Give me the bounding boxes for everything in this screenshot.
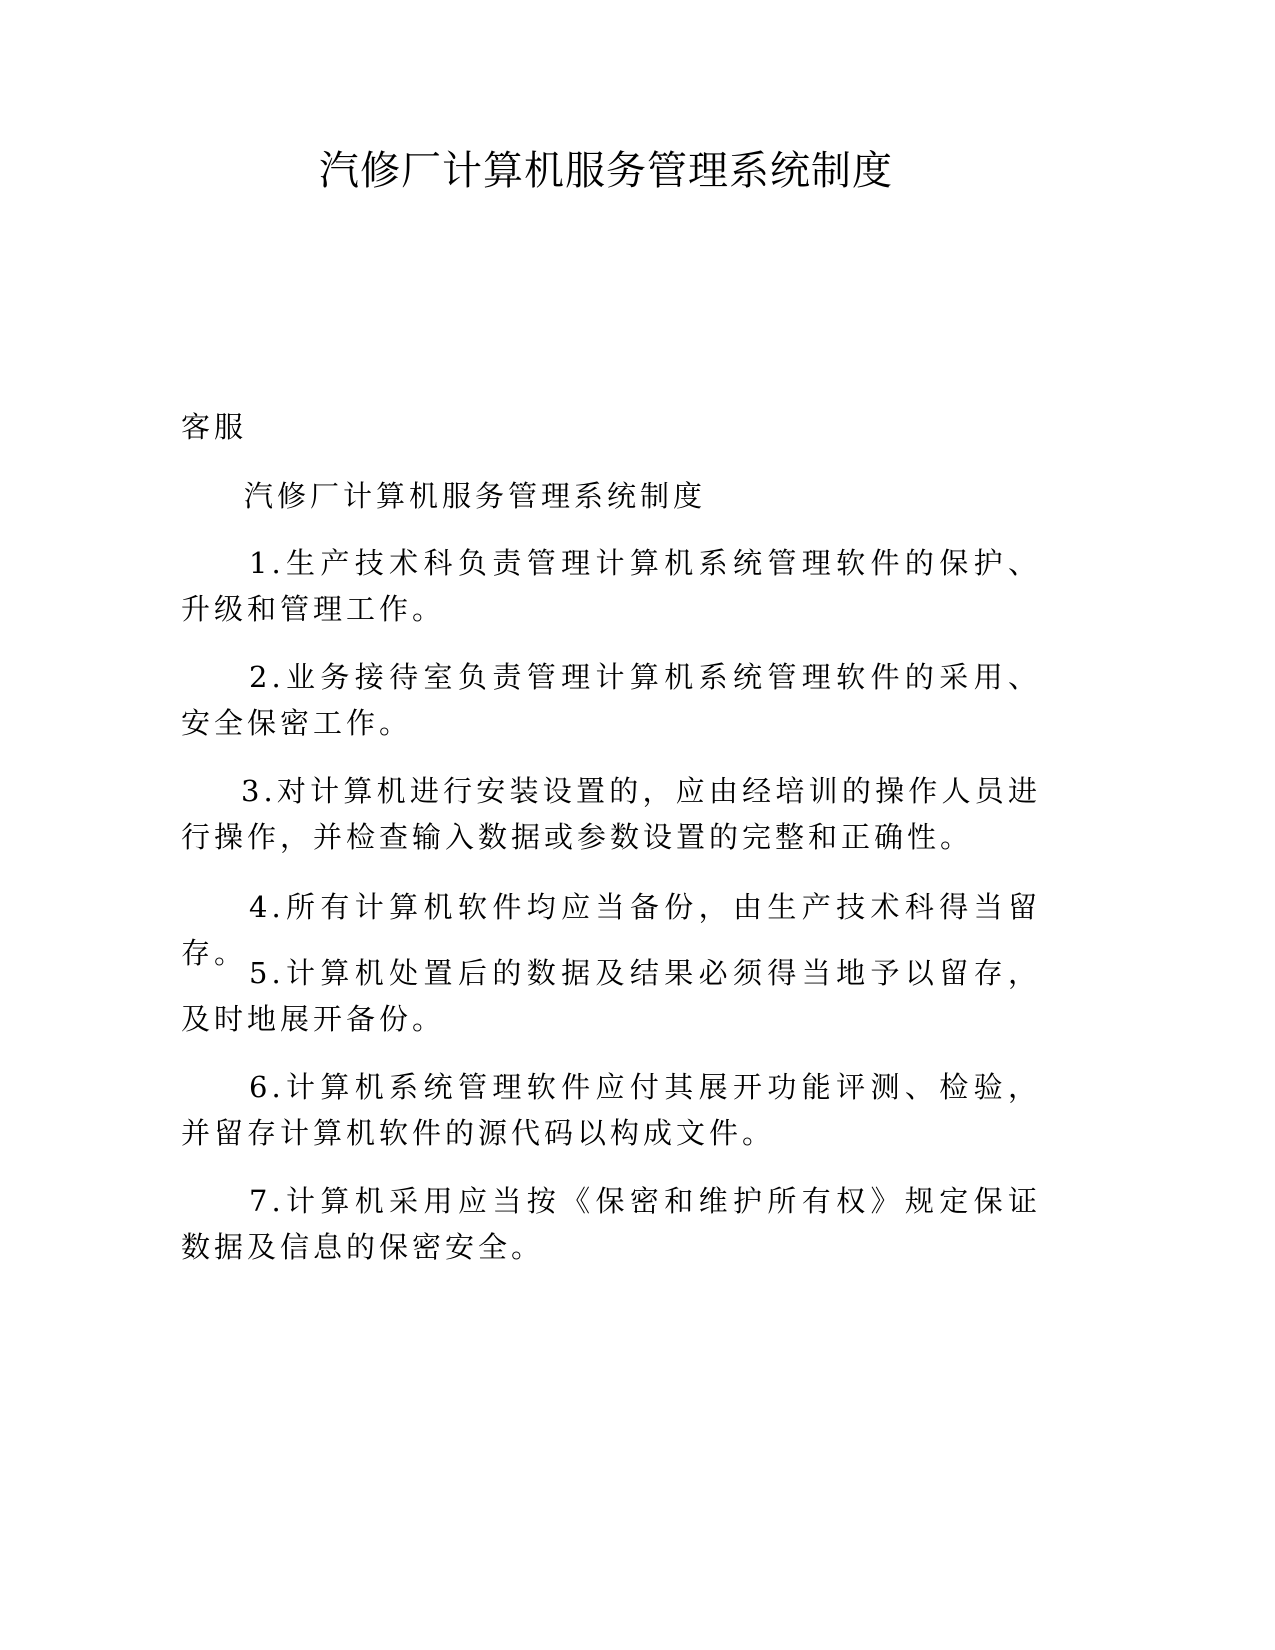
document-title: 汽修厂计算机服务管理系统制度: [0, 143, 1212, 199]
document-subtitle: 汽修厂计算机服务管理系统制度: [244, 473, 1044, 519]
rule-paragraph-6: 6.计算机系统管理软件应付其展开功能评测、检验，并留存计算机软件的源代码以构成文…: [181, 1064, 1041, 1156]
rule-paragraph-1: 1.生产技术科负责管理计算机系统管理软件的保护、升级和管理工作。: [181, 540, 1041, 632]
rule-paragraph-5: 5.计算机处置后的数据及结果必须得当地予以留存，及时地展开备份。: [181, 950, 1041, 1042]
category-label: 客服: [181, 404, 1041, 450]
document-page: 汽修厂计算机服务管理系统制度 客服 汽修厂计算机服务管理系统制度 1.生产技术科…: [0, 0, 1275, 1650]
rule-paragraph-2: 2.业务接待室负责管理计算机系统管理软件的采用、安全保密工作。: [181, 654, 1041, 746]
rule-paragraph-3: 3.对计算机进行安装设置的，应由经培训的操作人员进行操作，并检查输入数据或参数设…: [181, 768, 1041, 860]
rule-paragraph-7: 7.计算机采用应当按《保密和维护所有权》规定保证数据及信息的保密安全。: [181, 1178, 1041, 1270]
